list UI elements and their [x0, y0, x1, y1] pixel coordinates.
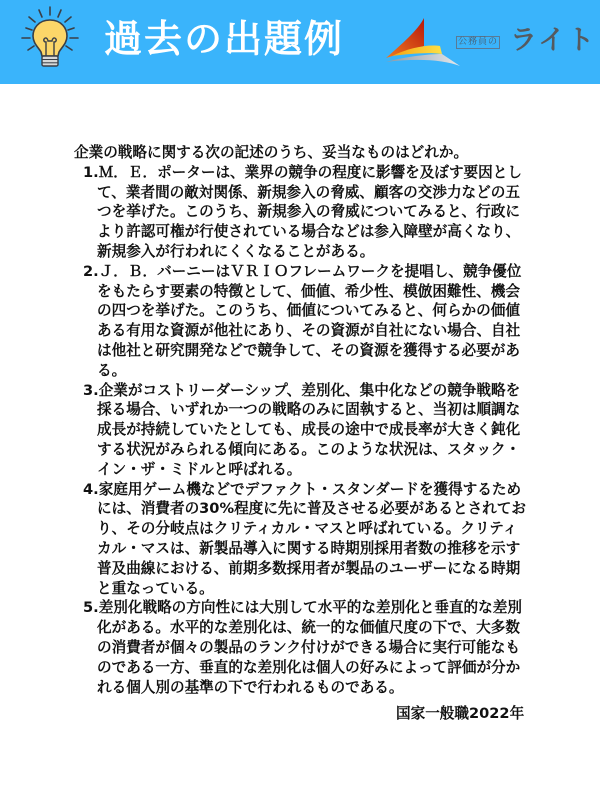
option-line: 成長が持続していたとしても、成長の途中で成長率が大きく鈍化 [74, 420, 544, 440]
option-line: つを挙げた。このうち、新規参入の脅威についてみると、行政に [74, 202, 544, 222]
option-line: 5.差別化戦略の方向性には大別して水平的な差別化と垂直的な差別 [74, 598, 544, 618]
option-line: は他社と研究開発などで競争して、その資源を獲得する必要があ [74, 341, 544, 361]
option-line: 採る場合、いずれか一つの戦略のみに固執すると、当初は順調な [74, 400, 544, 420]
exam-source: 国家一般職2022年 [396, 704, 524, 724]
option-line: イン・ザ・ミドルと呼ばれる。 [74, 460, 544, 480]
brand-logo: 公務員の ライト [380, 16, 590, 68]
option-line: 3.企業がコストリーダーシップ、差別化、集中化などの競争戦略を [74, 381, 544, 401]
option-line: 新規参入が行われにくくなることがある。 [74, 242, 544, 262]
option-line: と重なっている。 [74, 579, 544, 599]
option-line: の消費者が個々の製品のランク付けができる場合に実行可能なも [74, 638, 544, 658]
option-line: る。 [74, 361, 544, 381]
option-line: て、業者間の敵対関係、新規参入の脅威、顧客の交渉力などの五 [74, 183, 544, 203]
option-line: カル・マスは、新製品導入に関する時期別採用者数の推移を示す [74, 539, 544, 559]
option-line: 2.Ｊ．Ｂ．バーニーはＶＲＩＯフレームワークを提唱し、競争優位 [74, 262, 544, 282]
option-1: 1.Ｍ．Ｅ．ポーターは、業界の競争の程度に影響を及ぼす要因とし て、業者間の敵対… [74, 163, 544, 262]
option-2: 2.Ｊ．Ｂ．バーニーはＶＲＩＯフレームワークを提唱し、競争優位 をもたらす要素の… [74, 262, 544, 381]
option-line: 普及曲線における、前期多数採用者が製品のユーザーになる時期 [74, 559, 544, 579]
option-line: ある有用な資源が他社にあり、その資源が自社にない場合、自社 [74, 321, 544, 341]
question-prompt: 企業の戦略に関する次の記述のうち、妥当なものはどれか。 [74, 143, 544, 163]
option-line: 1.Ｍ．Ｅ．ポーターは、業界の競争の程度に影響を及ぼす要因とし [74, 163, 544, 183]
page-title: 過去の出題例 [104, 14, 344, 64]
option-3: 3.企業がコストリーダーシップ、差別化、集中化などの競争戦略を 採る場合、いずれ… [74, 381, 544, 480]
option-4: 4.家庭用ゲーム機などでデファクト・スタンダードを獲得するため には、消費者の3… [74, 480, 544, 599]
header-banner: 過去の出題例 公務員の ライト [0, 0, 600, 84]
option-line: のである一方、垂直的な差別化は個人の好みによって評価が分か [74, 658, 544, 678]
logo-subtext: 公務員の [456, 36, 500, 49]
option-line: れる個人別の基準の下で行われるものである。 [74, 678, 544, 698]
option-line: の四つを挙げた。このうち、価値についてみると、何らかの価値 [74, 301, 544, 321]
option-line: 4.家庭用ゲーム機などでデファクト・スタンダードを獲得するため [74, 480, 544, 500]
lightbulb-icon [18, 4, 82, 70]
sail-logo-icon [380, 16, 460, 68]
question-body: 企業の戦略に関する次の記述のうち、妥当なものはどれか。 1.Ｍ．Ｅ．ポーターは、… [74, 143, 544, 697]
logo-text: ライト [510, 26, 596, 56]
option-5: 5.差別化戦略の方向性には大別して水平的な差別化と垂直的な差別 化がある。水平的… [74, 598, 544, 697]
option-line: する状況がみられる傾向にある。このような状況は、スタック・ [74, 440, 544, 460]
option-line: をもたらす要素の特徴として、価値、希少性、模倣困難性、機会 [74, 282, 544, 302]
option-line: 化がある。水平的な差別化は、統一的な価値尺度の下で、大多数 [74, 618, 544, 638]
option-line: より許認可権が行使されている場合などは参入障壁が高くなり、 [74, 222, 544, 242]
option-line: には、消費者の30%程度に先に普及させる必要があるとされてお [74, 499, 544, 519]
option-line: り、その分岐点はクリティカル・マスと呼ばれている。クリティ [74, 519, 544, 539]
